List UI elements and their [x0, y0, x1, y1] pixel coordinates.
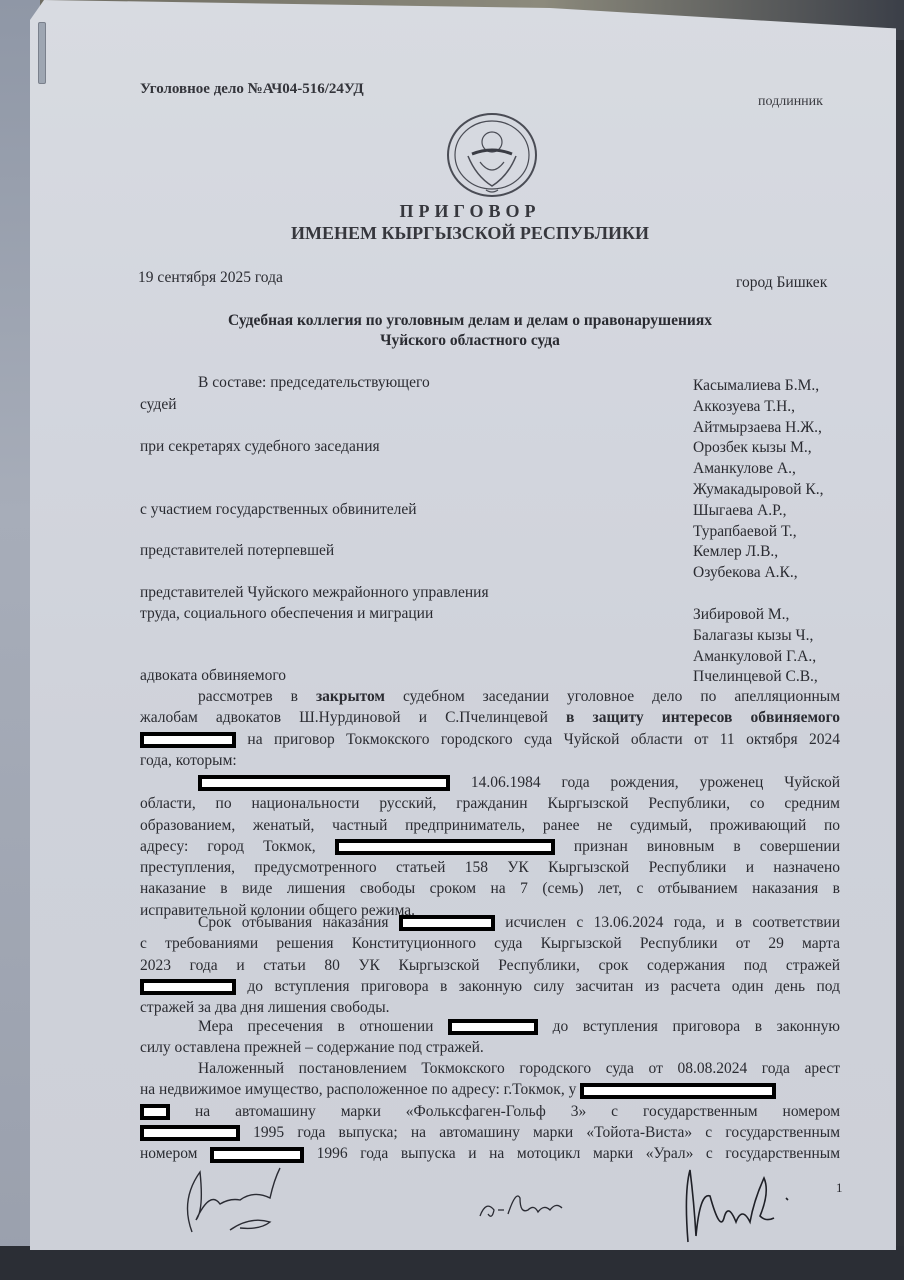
text: года, которым: — [140, 750, 840, 771]
text: 2023 года и статьи 80 УК Кыргызской Респ… — [140, 955, 840, 976]
composition-role: В составе: председательствующего — [198, 373, 430, 392]
court-name-line-1: Судебная коллегия по уголовным делам и д… — [30, 311, 904, 330]
text: с требованиями решения Конституционного … — [140, 933, 840, 954]
text: Наложенный постановлением Токмокского го… — [140, 1058, 840, 1079]
text: судебном заседании уголовное дело по апе… — [403, 688, 840, 705]
paper-clip-icon — [38, 22, 46, 84]
text: до вступления приговора в законную силу … — [247, 978, 840, 995]
redaction-box — [335, 839, 555, 855]
page-number: 1 — [836, 1178, 843, 1197]
redaction-box — [140, 1125, 240, 1141]
signature-3-icon — [680, 1162, 830, 1252]
closed-session-text: закрытом — [316, 688, 385, 705]
paragraph-term: Срок отбывания наказания исчислен с 13.0… — [140, 912, 840, 1018]
composition-name: Кемлер Л.В., — [693, 542, 778, 561]
text: Мера пресечения в отношении — [198, 1018, 433, 1035]
paragraph-restraint: Мера пресечения в отношении до вступлени… — [140, 1016, 840, 1059]
composition-role: при секретарях судебного заседания — [140, 437, 380, 456]
text: адресу: город Токмок, — [140, 838, 316, 855]
composition-name: Орозбек кызы М., — [693, 438, 812, 457]
redaction-box — [580, 1083, 776, 1099]
document-city: город Бишкек — [736, 273, 827, 292]
text: в защиту интересов обвиняемого — [566, 709, 840, 726]
redaction-box — [399, 915, 495, 931]
paragraph-defendant: 14.06.1984 года рождения, уроженец Чуйск… — [140, 772, 840, 921]
document-subtitle: ИМЕНЕМ КЫРГЫЗСКОЙ РЕСПУБЛИКИ — [30, 224, 904, 243]
text: 1996 года выпуска и на мотоцикл марки «У… — [317, 1145, 840, 1162]
text: жалобам адвокатов Ш.Нурдиновой и С.Пчели… — [140, 709, 548, 726]
composition-name: Турапбаевой Т., — [693, 522, 797, 541]
text: наказание в виде лишения свободы сроком … — [140, 878, 840, 899]
composition-name: Зибировой М., — [693, 605, 789, 624]
composition-role: труда, социального обеспечения и миграци… — [140, 604, 433, 623]
composition-name: Озубекова А.К., — [693, 563, 798, 582]
state-emblem-icon — [446, 112, 538, 198]
composition-name: Аманкулове А., — [693, 459, 796, 478]
text: на автомашину марки «Фольксфаген-Гольф 3… — [195, 1103, 840, 1120]
text: признан виновным в совершении — [574, 838, 840, 855]
composition-name: Касымалиева Б.М., — [693, 376, 819, 395]
document-title: ПРИГОВОР — [30, 202, 904, 221]
composition-name: Шыгаева А.Р., — [693, 501, 787, 520]
signature-1-icon — [170, 1160, 300, 1240]
composition-name: Пчелинцевой С.В., — [693, 667, 818, 686]
composition-name: Айтмырзаева Н.Ж., — [693, 418, 822, 437]
paragraph-arrest: Наложенный постановлением Токмокского го… — [140, 1058, 840, 1164]
redaction-box — [140, 732, 236, 748]
court-name-line-2: Чуйского областного суда — [30, 331, 904, 350]
text: на недвижимое имущество, расположенное п… — [140, 1081, 576, 1098]
composition-name: Аманкуловой Г.А., — [693, 647, 816, 666]
composition-name: Балагазы кызы Ч., — [693, 626, 813, 645]
redaction-box — [198, 775, 450, 791]
text: на приговор Токмокского городского суда … — [247, 731, 840, 748]
composition-role: судей — [140, 395, 177, 414]
composition-role: с участием государственных обвинителей — [140, 500, 417, 519]
case-number: Уголовное дело №АЧ04-516/24УД — [140, 80, 364, 99]
composition-name: Аккозуева Т.Н., — [693, 397, 795, 416]
text: образованием, женатый, частный предприни… — [140, 815, 840, 836]
redaction-box — [448, 1019, 538, 1035]
text: Срок отбывания наказания — [198, 914, 389, 931]
composition-role: представителей потерпевшей — [140, 541, 334, 560]
text: до вступления приговора в законную — [553, 1018, 840, 1035]
text: 14.06.1984 года рождения, уроженец Чуйск… — [471, 774, 840, 791]
text: рассмотрев в — [198, 688, 298, 705]
document-page: Уголовное дело №АЧ04-516/24УД подлинник … — [30, 0, 896, 1250]
composition-name: Жумакадыровой К., — [693, 480, 823, 499]
composition-role: адвоката обвиняемого — [140, 666, 286, 685]
paragraph-appeal: рассмотрев в закрытом судебном заседании… — [140, 686, 840, 771]
text: области, по национальности русский, граж… — [140, 793, 840, 814]
text: исчислен с 13.06.2024 года, и в соответс… — [505, 914, 840, 931]
original-mark: подлинник — [758, 92, 823, 111]
background-bottom — [0, 1246, 904, 1280]
composition-role: представителей Чуйского межрайонного упр… — [140, 583, 489, 602]
text: 1995 года выпуска; на автомашину марки «… — [253, 1124, 840, 1141]
document-date: 19 сентября 2025 года — [138, 268, 283, 287]
redaction-box — [140, 979, 236, 995]
redaction-box — [140, 1104, 170, 1120]
text: силу оставлена прежней – содержание под … — [140, 1037, 840, 1058]
signature-2-icon — [472, 1180, 582, 1230]
text: преступления, предусмотренного статьей 1… — [140, 857, 840, 878]
